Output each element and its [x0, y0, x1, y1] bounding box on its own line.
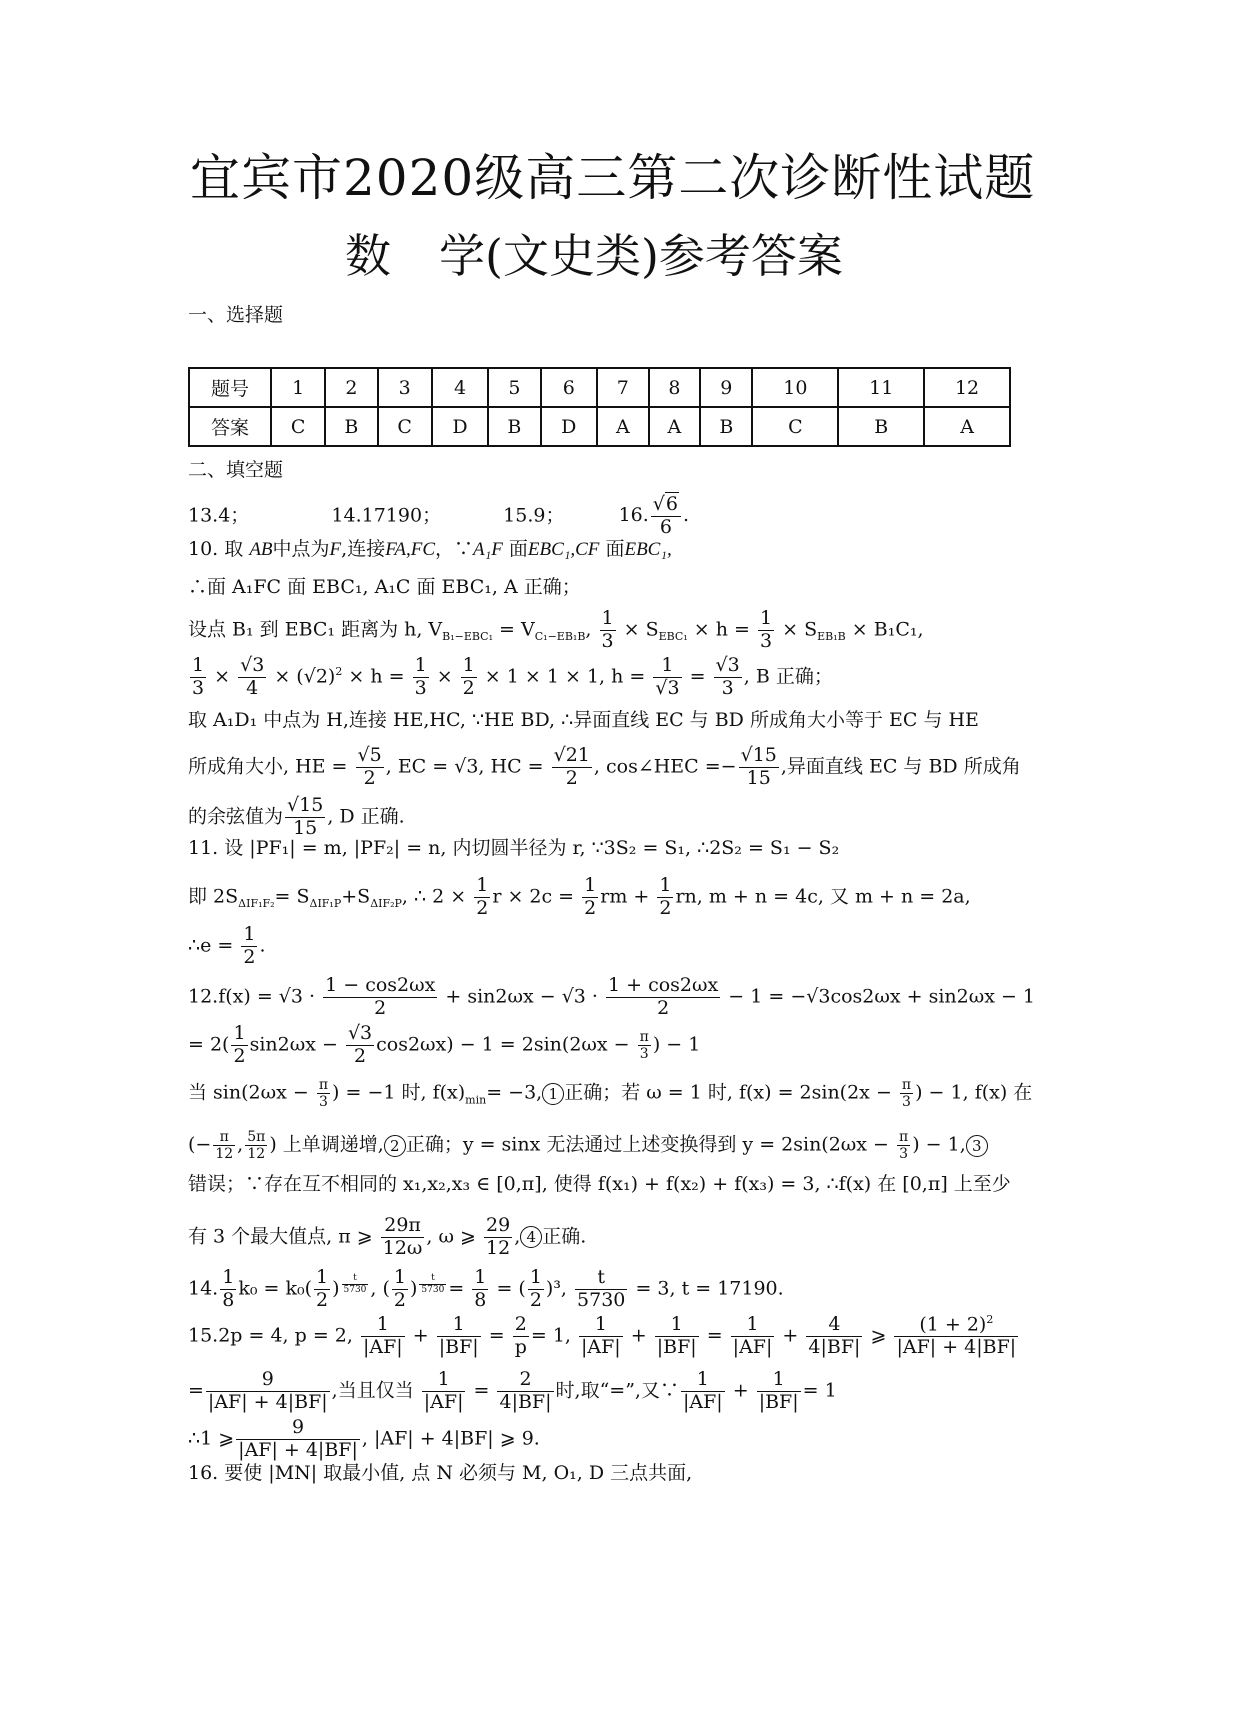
table-cell: A	[597, 407, 649, 446]
solution-q10-line3: 设点 B₁ 到 EBC₁ 距离为 h, VB₁−EBC₁ = VC₁−EB₁B,…	[188, 608, 924, 653]
document-title: 宜宾市2020级高三第二次诊断性试题	[190, 148, 1020, 208]
circled-number-2: 2	[384, 1135, 406, 1157]
table-cell: 12	[924, 368, 1010, 407]
table-cell: C	[752, 407, 838, 446]
solution-q12-line4: (−π12,5π12) 上单调递增,2正确；y = sinx 无法通过上述变换得…	[188, 1129, 988, 1162]
answer-q14: 14.17190；	[331, 504, 441, 526]
solution-q11-line2: 即 2SΔIF₁F₂= SΔIF₁P+SΔIF₂P, ∴ 2 × 12r × 2…	[188, 875, 971, 920]
table-header-question-number: 题号	[189, 368, 271, 407]
fraction: √66	[651, 494, 681, 539]
circled-number-3: 3	[966, 1135, 988, 1157]
fill-blank-answers: 13.4； 14.17190； 15.9； 16.√66.	[188, 494, 689, 539]
table-cell: 9	[700, 368, 752, 407]
solution-q10-line7: 的余弦值为√1515, D 正确.	[188, 795, 405, 840]
solution-q15-line2: =9|AF| + 4|BF|,当且仅当 1|AF| = 24|BF|时,取“=”…	[188, 1369, 837, 1414]
solution-q14-line1: 14.18k₀ = k₀(12)t5730, (12)t5730= 18 = (…	[188, 1267, 784, 1312]
table-cell: A	[649, 407, 701, 446]
table-cell: 6	[541, 368, 597, 407]
table-cell: 7	[597, 368, 649, 407]
table-cell: B	[700, 407, 752, 446]
answer-q16: 16.√66.	[619, 504, 689, 526]
answer-q13: 13.4；	[188, 504, 249, 526]
solution-q15-line1: 15.2p = 4, p = 2, 1|AF| + 1|BF| = 2p= 1,…	[188, 1314, 1020, 1359]
solution-q12-line6: 有 3 个最大值点, π ⩾ 29π12ω, ω ⩾ 2912,4正确.	[188, 1215, 586, 1260]
table-cell: C	[271, 407, 325, 446]
solution-q12-line5: 错误；∵存在互不相同的 x₁,x₂,x₃ ∈ [0,π], 使得 f(x₁) +…	[188, 1172, 1011, 1196]
solution-q10-line2: ∴面 A₁FC 面 EBC₁, A₁C 面 EBC₁, A 正确；	[188, 575, 581, 599]
solution-q10-line4: 13 × √34 × (√2)2 × h = 13 × 12 × 1 × 1 ×…	[188, 655, 833, 700]
table-cell: 8	[649, 368, 701, 407]
solution-q12-line3: 当 sin(2ωx − π3) = −1 时, f(x)min= −3,1正确；…	[188, 1077, 1032, 1112]
answer-table: 题号 1 2 3 4 5 6 7 8 9 10 11 12 答案 C B C D…	[188, 367, 1011, 447]
table-cell: 5	[488, 368, 540, 407]
solution-q10-line1: 10. 取 AB中点为F,连接FA,FC，∵A₁F 面EBC₁,CF 面EBC₁…	[188, 537, 672, 562]
subtitle-part-a: 数	[345, 229, 391, 283]
section-fill-blank-label: 二、填空题	[188, 455, 283, 482]
table-cell: 1	[271, 368, 325, 407]
solution-q11-line1: 11. 设 |PF₁| = m, |PF₂| = n, 内切圆半径为 r, ∵3…	[188, 836, 839, 860]
solution-q12-line2: = 2(12sin2ωx − √32cos2ωx) − 1 = 2sin(2ωx…	[188, 1023, 700, 1068]
table-cell: A	[924, 407, 1010, 446]
solution-q15-line3: ∴1 ⩾9|AF| + 4|BF|, |AF| + 4|BF| ⩾ 9.	[188, 1417, 540, 1462]
table-cell: B	[325, 407, 377, 446]
solution-q11-line3: ∴e = 12.	[188, 924, 265, 969]
table-cell: D	[432, 407, 488, 446]
answer-q15: 15.9；	[503, 504, 564, 526]
table-cell: B	[488, 407, 540, 446]
solution-q16-line1: 16. 要使 |MN| 取最小值, 点 N 必须与 M, O₁, D 三点共面,	[188, 1461, 692, 1485]
solution-q10-line6: 所成角大小, HE = √52, EC = √3, HC = √212, cos…	[188, 745, 1021, 790]
table-cell: 4	[432, 368, 488, 407]
circled-number-1: 1	[542, 1083, 564, 1105]
table-cell: 10	[752, 368, 838, 407]
circled-number-4: 4	[520, 1226, 542, 1248]
subtitle-part-b: 学(文史类)参考答案	[439, 229, 843, 283]
solution-q10-line5: 取 A₁D₁ 中点为 H,连接 HE,HC, ∵HE BD, ∴异面直线 EC …	[188, 708, 979, 732]
section-multiple-choice-label: 一、选择题	[188, 300, 283, 327]
table-cell: B	[838, 407, 924, 446]
table-header-answer: 答案	[189, 407, 271, 446]
table-row-answers: 答案 C B C D B D A A B C B A	[189, 407, 1010, 446]
table-row-numbers: 题号 1 2 3 4 5 6 7 8 9 10 11 12	[189, 368, 1010, 407]
solution-q12-line1: 12.f(x) = √3 · 1 − cos2ωx2 + sin2ωx − √3…	[188, 975, 1035, 1020]
table-cell: D	[541, 407, 597, 446]
document-subtitle: 数学(文史类)参考答案	[345, 228, 843, 284]
table-cell: C	[378, 407, 432, 446]
table-cell: 11	[838, 368, 924, 407]
table-cell: 2	[325, 368, 377, 407]
table-cell: 3	[378, 368, 432, 407]
